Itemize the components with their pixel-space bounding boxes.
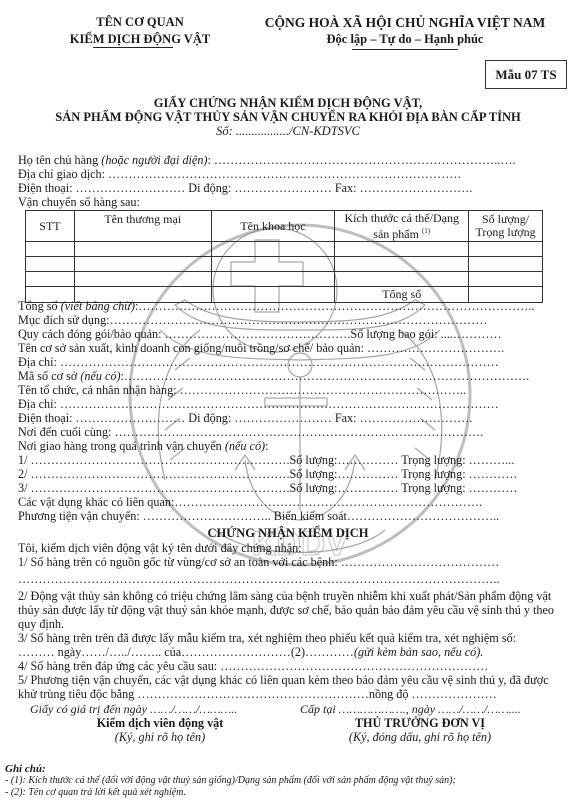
agency-line2: KIỂM DỊCH ĐỘNG VẬT bbox=[60, 31, 220, 48]
cert-item-4[interactable]: 4/ Số hàng trên đáp ứng các yêu cầu sau:… bbox=[18, 659, 546, 673]
table-cell[interactable] bbox=[211, 272, 335, 287]
cert-item-1-cont[interactable]: ……………………………………………………………………………………………………….… bbox=[18, 572, 546, 586]
inspector-title: Kiểm dịch viên động vật bbox=[60, 716, 260, 730]
table-cell[interactable] bbox=[74, 272, 211, 287]
receiver-address-field[interactable]: Địa chỉ: …………………………………………………………………………………… bbox=[18, 397, 546, 411]
shipper-phone-field[interactable]: Điện thoại: ……………………… Di động: …………………… … bbox=[18, 181, 546, 195]
national-header: CỘNG HOÀ XÃ HỘI CHỦ NGHĨA VIỆT NAM Độc l… bbox=[245, 14, 565, 48]
goods-table-header: STT Tên thương mại Tên khoa học Kích thư… bbox=[26, 211, 543, 242]
inspector-signature-block: Kiểm dịch viên động vật (Ký, ghi rõ họ t… bbox=[60, 716, 260, 744]
valid-until-field[interactable]: Giấy có giá trị đến ngày ……/……/……….. bbox=[30, 702, 237, 717]
agency-underline bbox=[93, 47, 173, 48]
table-cell[interactable] bbox=[26, 257, 75, 272]
shipper-name-field[interactable]: Họ tên chủ hàng (hoặc người đại diện): …… bbox=[18, 153, 546, 167]
delivery-points-label: Nơi giao hàng trong quá trình vận chuyển… bbox=[18, 439, 546, 453]
col-trade-name: Tên thương mại bbox=[74, 211, 211, 242]
certification-heading: CHỨNG NHẬN KIỂM DỊCH bbox=[0, 526, 576, 541]
title-line2: SẢN PHẨM ĐỘNG VẬT THỦY SẢN VẬN CHUYỂN RA… bbox=[0, 110, 576, 124]
vehicle-field[interactable]: Phương tiện vận chuyển: ………………………….. Biể… bbox=[18, 509, 546, 523]
table-cell[interactable] bbox=[469, 257, 543, 272]
motto-underline bbox=[352, 49, 458, 50]
national-motto: Độc lập – Tự do – Hạnh phúc bbox=[245, 31, 565, 48]
table-cell[interactable] bbox=[26, 272, 75, 287]
cert-item-3-cont[interactable]: ……… ngày……/…../…….. của………………………(2)…………(… bbox=[18, 645, 546, 659]
table-row bbox=[26, 272, 543, 287]
notes-section: Ghi chú: - (1): Kích thước cá thể (đối v… bbox=[5, 763, 456, 799]
table-cell[interactable] bbox=[469, 242, 543, 257]
receiver-phone-field[interactable]: Điện thoại: ……………………… Di động: …………………… … bbox=[18, 411, 546, 425]
table-cell[interactable] bbox=[74, 242, 211, 257]
table-row bbox=[26, 242, 543, 257]
table-cell[interactable] bbox=[74, 257, 211, 272]
col-size-form: Kích thước cá thể/Dạng sản phẩm (1) bbox=[335, 211, 469, 242]
delivery-point-2[interactable]: 2/ ……………………………………………………….Số lượng:…………… … bbox=[18, 467, 546, 481]
title-line1: GIẤY CHỨNG NHẬN KIỂM DỊCH ĐỘNG VẬT, bbox=[0, 96, 576, 110]
delivery-point-1[interactable]: 1/ ……………………………………………………….Số lượng:…………… … bbox=[18, 453, 546, 467]
document-title: GIẤY CHỨNG NHẬN KIỂM DỊCH ĐỘNG VẬT, SẢN … bbox=[0, 96, 576, 138]
final-destination-field[interactable]: Nơi đến cuối cùng: ………………………………………………………… bbox=[18, 425, 546, 439]
agency-line1: TÊN CƠ QUAN bbox=[60, 14, 220, 31]
total-in-words-field[interactable]: Tổng số (viết bằng chữ):…………………………………………… bbox=[18, 299, 546, 313]
inspector-hint: (Ký, ghi rõ họ tên) bbox=[60, 730, 260, 744]
cert-item-3: 3/ Số hàng trên trên đã được lấy mẫu kiể… bbox=[18, 631, 546, 645]
head-signature-block: THỦ TRƯỞNG ĐƠN VỊ (Ký, đóng dấu, ghi rõ … bbox=[310, 716, 530, 744]
note-item: - (1): Kích thước cá thể (đối với động v… bbox=[5, 775, 456, 787]
table-cell[interactable] bbox=[26, 242, 75, 257]
packing-field[interactable]: Quy cách đóng gói/bảo quản: ………………………………… bbox=[18, 327, 546, 341]
notes-heading: Ghi chú: bbox=[5, 763, 456, 775]
table-cell[interactable] bbox=[335, 272, 469, 287]
form-code-box: Mẫu 07 TS bbox=[485, 60, 567, 89]
table-cell[interactable] bbox=[335, 242, 469, 257]
cert-item-2: 2/ Động vật thủy sản không có triệu chứn… bbox=[18, 589, 558, 631]
col-scientific-name: Tên khoa học bbox=[211, 211, 335, 242]
agency-header: TÊN CƠ QUAN KIỂM DỊCH ĐỘNG VẬT bbox=[60, 14, 220, 48]
shipper-address-field[interactable]: Địa chỉ giao dịch: ………………………………………………………… bbox=[18, 167, 546, 181]
facility-address-field[interactable]: Địa chỉ: …………………………………………………………………………………… bbox=[18, 355, 546, 369]
head-title: THỦ TRƯỞNG ĐƠN VỊ bbox=[310, 716, 530, 730]
goods-intro: Vận chuyển số hàng sau: bbox=[18, 195, 546, 209]
purpose-field[interactable]: Mục đích sử dụng:……………………………………………………………… bbox=[18, 313, 546, 327]
certification-intro: Tôi, kiểm dịch viên động vật ký tên dưới… bbox=[18, 541, 546, 555]
related-items-field[interactable]: Các vật dụng khác có liên quan:………………………… bbox=[18, 495, 546, 509]
goods-table: STT Tên thương mại Tên khoa học Kích thư… bbox=[25, 210, 543, 303]
col-stt: STT bbox=[26, 211, 75, 242]
col-quantity-weight: Số lượng/ Trọng lượng bbox=[469, 211, 543, 242]
certificate-number[interactable]: Số: ................./CN-KDTSVC bbox=[0, 124, 576, 138]
table-cell[interactable] bbox=[211, 257, 335, 272]
cert-item-1[interactable]: 1/ Số hàng trên có nguồn gốc từ vùng/cơ … bbox=[18, 555, 546, 569]
table-cell[interactable] bbox=[211, 242, 335, 257]
table-cell[interactable] bbox=[469, 272, 543, 287]
issued-at-field[interactable]: Cấp tại ………………., ngày ……/……/…….... bbox=[300, 702, 521, 717]
table-cell[interactable] bbox=[335, 257, 469, 272]
facility-name-field[interactable]: Tên cơ sở sản xuất, kinh doanh con giống… bbox=[18, 341, 546, 355]
cert-item-5[interactable]: 5/ Phương tiện vận chuyển, các vật dụng … bbox=[18, 673, 558, 701]
facility-code-field[interactable]: Mã số cơ sở (nếu có):…………………………………………………… bbox=[18, 369, 546, 383]
receiver-name-field[interactable]: Tên tổ chức, cá nhân nhận hàng: ……………………… bbox=[18, 383, 546, 397]
delivery-point-3[interactable]: 3/ ……………………………………………………….Số lượng:…………… … bbox=[18, 481, 546, 495]
head-hint: (Ký, đóng dấu, ghi rõ họ tên) bbox=[310, 730, 530, 744]
note-item: - (2): Tên cơ quan trả lời kết quả xét n… bbox=[5, 787, 456, 799]
table-row bbox=[26, 257, 543, 272]
country-name: CỘNG HOÀ XÃ HỘI CHỦ NGHĨA VIỆT NAM bbox=[245, 14, 565, 31]
